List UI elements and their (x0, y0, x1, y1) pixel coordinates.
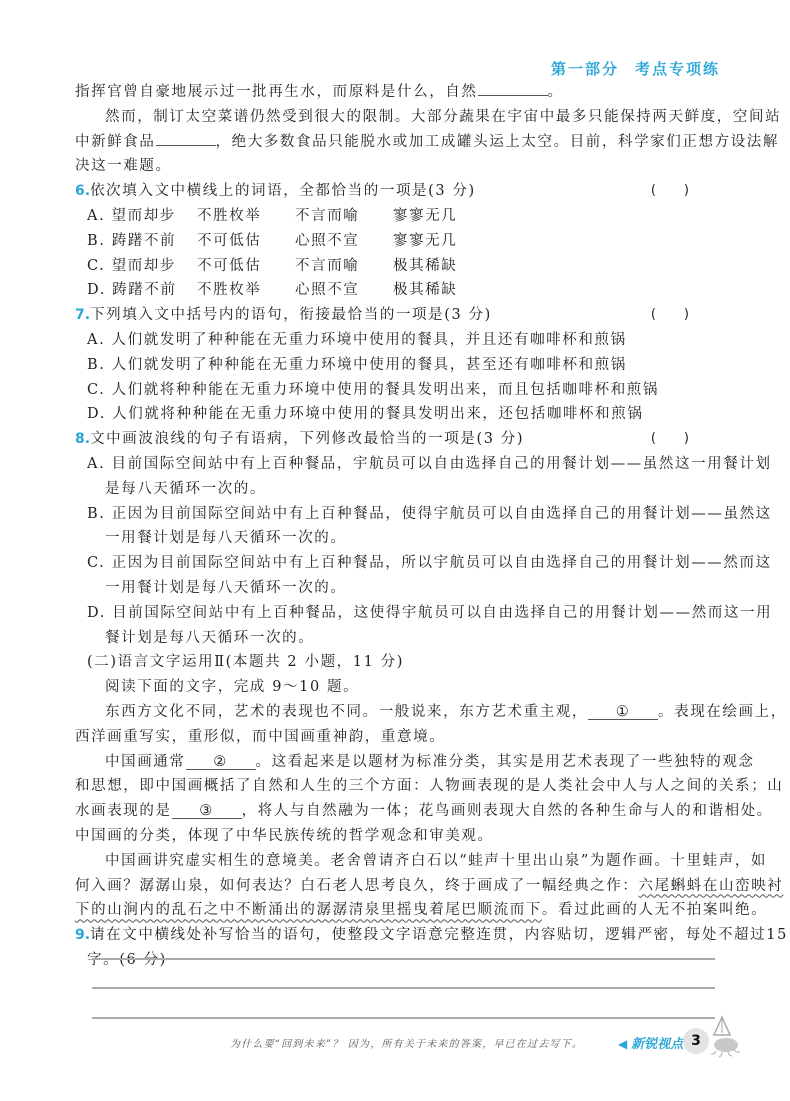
fill-blank (478, 81, 548, 96)
footer-quote: 为什么要“回到未来”？ 因为，所有关于未来的答案，早已在过去写下。 (230, 1035, 583, 1050)
fill-blank-1: ① (588, 705, 658, 720)
question-6-option-d[interactable]: D. 踌躇不前不胜枚举心照不宣极其稀缺 (75, 278, 717, 303)
passage-line: 指挥官曾自豪地展示过一批再生水，而原料是什么，自然。 (75, 80, 717, 105)
question-9-stem: 9.请在文中横线处补写恰当的语句，使整段文字语意完整连贯，内容贴切，逻辑严密，每… (75, 923, 717, 948)
question-8-option-a[interactable]: A. 目前国际空间站中有上百种餐品，宇航员可以自由选择自己的用餐计划——虽然这一… (75, 452, 717, 502)
question-number: 9. (75, 927, 90, 943)
question-6-option-a[interactable]: A. 望而却步不胜枚举不言而喻寥寥无几 (75, 204, 717, 229)
question-7-option-a[interactable]: A. 人们就发明了种种能在无重力环境中使用的餐具，并且还有咖啡杯和煎锅 (75, 328, 717, 353)
passage-line: 中国画的分类，体现了中华民族传统的哲学观念和审美观。 (75, 824, 717, 849)
question-9-stem-cont: 字。(6 分) (75, 948, 717, 973)
answer-line-3[interactable] (92, 1017, 715, 1019)
answer-parentheses[interactable]: () (651, 427, 689, 452)
passage-line: 西洋画重写实，重形似，而中国画重神韵，重意境。 (75, 725, 717, 750)
question-6-stem: 6.依次填入文中横线上的词语，全都恰当的一项是(3 分) () (75, 179, 717, 204)
pen-nib-bug-icon (708, 1015, 742, 1059)
passage-line: 决这一难题。 (75, 154, 717, 179)
question-7-option-d[interactable]: D. 人们就将种种能在无重力环境中使用的餐具发明出来，还包括咖啡杯和煎锅 (75, 402, 717, 427)
answer-parentheses[interactable]: () (651, 179, 689, 204)
document-page: 第一部分考点专项练 指挥官曾自豪地展示过一批再生水，而原料是什么，自然。 然而，… (0, 0, 790, 1101)
question-8-option-c[interactable]: C. 正因为目前国际空间站中有上百种餐品，所以宇航员可以自由选择自己的用餐计划—… (75, 551, 717, 601)
question-7-option-b[interactable]: B. 人们就发明了种种能在无重力环境中使用的餐具，甚至还有咖啡杯和煎锅 (75, 353, 717, 378)
fill-blank-3: ③ (172, 804, 242, 819)
footer-brand: ◀新锐视点 (618, 1033, 683, 1052)
question-8-stem: 8.文中画波浪线的句子有语病，下列修改最恰当的一项是(3 分) () (75, 427, 717, 452)
page-number: 3 (683, 1028, 709, 1054)
fill-blank-2: ② (186, 755, 256, 770)
section-instruction: 阅读下面的文字，完成 9～10 题。 (75, 675, 717, 700)
header-part: 第一部分 (551, 60, 619, 78)
page-footer: 为什么要“回到未来”？ 因为，所有关于未来的答案，早已在过去写下。 ◀新锐视点 … (0, 1031, 790, 1061)
passage-line: 何入画？潺潺山泉，如何表达？白石老人思考良久，终于画成了一幅经典之作：六尾蝌蚪在… (75, 874, 717, 899)
answer-parentheses[interactable]: () (651, 303, 689, 328)
question-7-stem: 7.下列填入文中括号内的语句，衔接最恰当的一项是(3 分) () (75, 303, 717, 328)
content-area: 指挥官曾自豪地展示过一批再生水，而原料是什么，自然。 然而，制订太空菜谱仍然受到… (75, 80, 717, 973)
answer-line-1[interactable] (92, 958, 715, 960)
answer-line-2[interactable] (92, 987, 715, 989)
triangle-left-icon: ◀ (618, 1037, 627, 1051)
question-8-option-d[interactable]: D. 目前国际空间站中有上百种餐品，这使得宇航员可以自由选择自己的用餐计划——然… (75, 601, 717, 651)
running-header: 第一部分考点专项练 (551, 58, 720, 79)
passage-line: 水画表现的是③，将人与自然融为一体；花鸟画则表现大自然的各种生命与人的和谐相处。 (75, 799, 717, 824)
wavy-underlined-sentence: 下的山涧内的乱石之中不断涌出的潺潺清泉里摇曳着尾巴顺流而下 (75, 902, 542, 918)
wavy-underlined-sentence: 六尾蝌蚪在山峦映衬 (639, 878, 784, 894)
question-6-option-b[interactable]: B. 踌躇不前不可低估心照不宣寥寥无几 (75, 229, 717, 254)
passage-line: 中国画通常②。这看起来是以题材为标准分类，其实是用艺术表现了一些独特的观念 (75, 750, 717, 775)
passage-line: 中国画讲究虚实相生的意境美。老舍曾请齐白石以“蛙声十里出山泉”为题作画。十里蛙声… (75, 849, 717, 874)
header-section-title: 考点专项练 (635, 60, 720, 78)
question-7-option-c[interactable]: C. 人们就将种种能在无重力环境中使用的餐具发明出来，而且包括咖啡杯和煎锅 (75, 378, 717, 403)
passage-line: 和思想，即中国画概括了自然和人生的三个方面：人物画表现的是人类社会中人与人之间的… (75, 774, 717, 799)
passage-line: 下的山涧内的乱石之中不断涌出的潺潺清泉里摇曳着尾巴顺流而下。看过此画的人无不拍案… (75, 898, 717, 923)
passage-line: 东西方文化不同，艺术的表现也不同。一般说来，东方艺术重主观，①。表现在绘画上， (75, 700, 717, 725)
passage-line: 然而，制订太空菜谱仍然受到很大的限制。大部分蔬果在宇宙中最多只能保持两天鲜度，空… (75, 105, 717, 130)
section-title: (二)语言文字运用Ⅱ(本题共 2 小题，11 分) (75, 650, 717, 675)
question-number: 7. (75, 307, 90, 323)
question-8-option-b[interactable]: B. 正因为目前国际空间站中有上百种餐品，使得宇航员可以自由选择自己的用餐计划—… (75, 502, 717, 552)
passage-line: 中新鲜食品，绝大多数食品只能脱水或加工成罐头运上太空。目前，科学家们正想方设法解 (75, 130, 717, 155)
fill-blank (156, 131, 216, 146)
question-number: 8. (75, 431, 90, 447)
question-6-option-c[interactable]: C. 望而却步不可低估不言而喻极其稀缺 (75, 254, 717, 279)
question-number: 6. (75, 183, 90, 199)
